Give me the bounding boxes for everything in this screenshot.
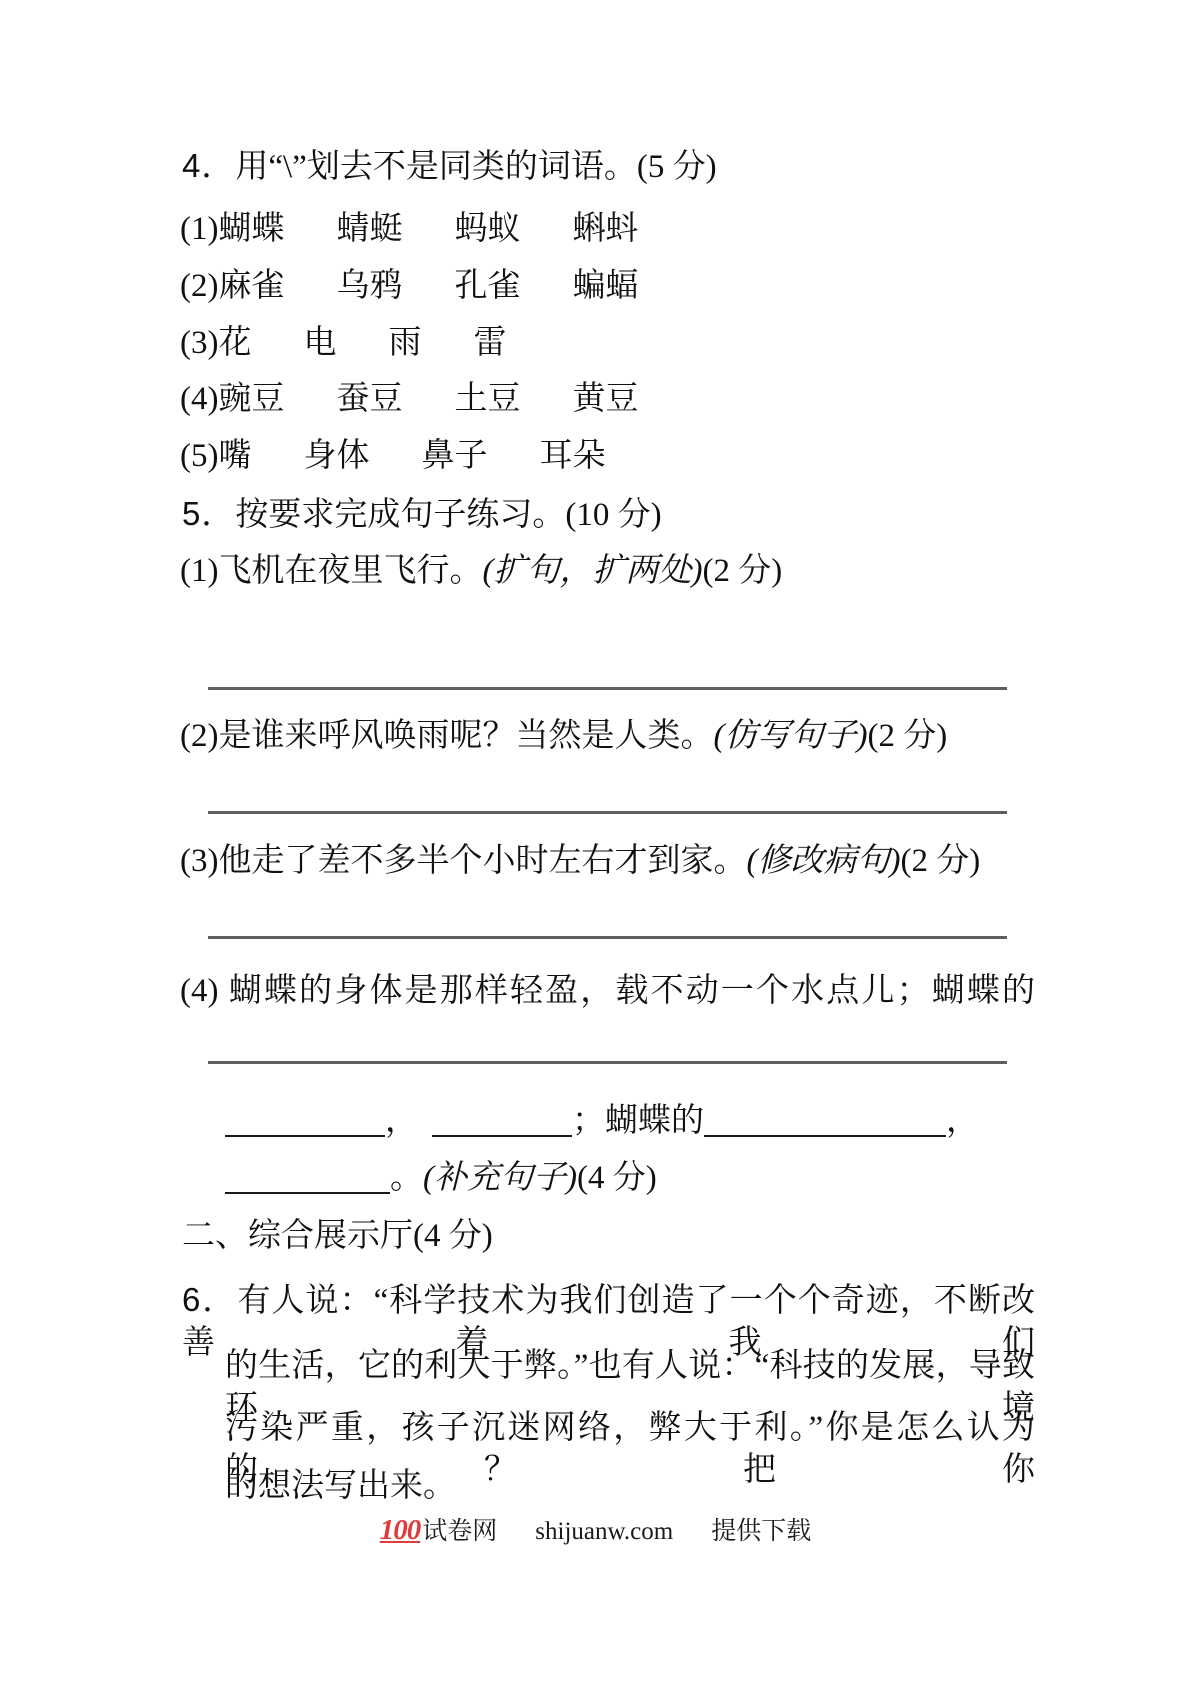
word: 黄豆: [572, 378, 638, 420]
item-label: (4): [180, 973, 218, 1009]
word: 嘴: [218, 435, 251, 477]
word-row-5: (5)嘴身体鼻子耳朵: [180, 435, 605, 477]
question-number: 5．: [182, 495, 235, 532]
item-label: (1): [180, 553, 218, 589]
question-number: 6．: [182, 1281, 237, 1318]
item-text: 是谁来呼风唤雨呢？当然是人类。: [218, 718, 713, 754]
word: 乌鸦: [336, 265, 402, 307]
punctuation: ，: [946, 1103, 979, 1139]
word-row-1: (1)蝴蝶蜻蜓蚂蚁蝌蚪: [180, 208, 638, 250]
word: 蝌蚪: [572, 208, 638, 250]
row-label: (1): [180, 211, 218, 247]
item-label: (3): [180, 843, 218, 879]
question-number: 4．: [182, 147, 235, 184]
punctuation: ，: [385, 1103, 418, 1139]
answer-blank: [432, 1105, 572, 1137]
question-text: 按要求完成句子练习。: [235, 497, 565, 533]
word-row-3: (3)花电雨雷: [180, 322, 506, 364]
word: 身体: [303, 435, 369, 477]
q5-item-1: (1)飞机在夜里飞行。(扩句，扩两处)(2 分): [180, 550, 782, 592]
item-text: 蝴蝶的身体是那样轻盈，载不动一个水点儿；蝴蝶的: [229, 973, 1035, 1009]
answer-blank: [225, 1162, 390, 1194]
question-4-title: 4．用“\”划去不是同类的词语。(5 分): [182, 145, 717, 188]
question-5-title: 5．按要求完成句子练习。(10 分): [182, 493, 662, 536]
answer-blank: [704, 1105, 946, 1137]
word-row-4: (4)豌豆蚕豆土豆黄豆: [180, 378, 638, 420]
item-text: 他走了差不多半个小时左右才到家。: [218, 843, 746, 879]
site-logo: 100试卷网: [380, 1511, 498, 1547]
score-badge: (5 分): [637, 149, 717, 185]
word: 蚕豆: [336, 378, 402, 420]
score-badge: (2 分): [867, 718, 947, 754]
word: 麻雀: [218, 265, 284, 307]
q5-item-4: (4) 蝴蝶的身体是那样轻盈，载不动一个水点儿；蝴蝶的: [180, 970, 1035, 1012]
exam-paper-page: 4．用“\”划去不是同类的词语。(5 分) (1)蝴蝶蜻蜓蚂蚁蝌蚪 (2)麻雀乌…: [0, 0, 1191, 1684]
word: 蝴蝶: [218, 208, 284, 250]
word: 土豆: [454, 378, 520, 420]
score-badge: (4 分): [413, 1218, 493, 1254]
word: 蝙蝠: [572, 265, 638, 307]
row-label: (5): [180, 438, 218, 474]
answer-line: [208, 936, 1007, 939]
word: 电: [303, 322, 336, 364]
item-note: (仿写句子): [713, 718, 867, 754]
section-title: 综合展示厅: [248, 1218, 413, 1254]
word-row-2: (2)麻雀乌鸦孔雀蝙蝠: [180, 265, 638, 307]
row-label: (2): [180, 268, 218, 304]
question-text: 用“\”划去不是同类的词语。: [235, 149, 636, 185]
q5-item-4-blanks-row-1: ，；蝴蝶的，: [225, 1100, 979, 1142]
logo-100-icon: 100: [380, 1514, 421, 1546]
section-2-heading: 二、综合展示厅(4 分): [182, 1215, 493, 1257]
q6-line-4: 的想法写出来。: [225, 1465, 456, 1507]
site-domain: shijuanw.com: [535, 1518, 673, 1546]
score-badge: (4 分): [577, 1160, 657, 1196]
item-note: (扩句，扩两处): [482, 553, 702, 589]
word: 耳朵: [539, 435, 605, 477]
answer-blank: [225, 1105, 385, 1137]
answer-line: [208, 1061, 1007, 1064]
word: 雷: [473, 322, 506, 364]
q5-item-2: (2)是谁来呼风唤雨呢？当然是人类。(仿写句子)(2 分): [180, 715, 947, 757]
punctuation: 。: [390, 1160, 423, 1196]
question-text: 的想法写出来。: [225, 1468, 456, 1504]
word: 豌豆: [218, 378, 284, 420]
item-note: (修改病句): [746, 843, 900, 879]
word: 雨: [388, 322, 421, 364]
word: 蚂蚁: [454, 208, 520, 250]
row-label: (3): [180, 325, 218, 361]
score-badge: (2 分): [900, 843, 980, 879]
score-badge: (2 分): [702, 553, 782, 589]
blank-connector-text: ；蝴蝶的: [572, 1103, 704, 1139]
row-label: (4): [180, 381, 218, 417]
word: 鼻子: [421, 435, 487, 477]
footer-note: 提供下载: [711, 1511, 811, 1547]
answer-line: [208, 811, 1007, 814]
site-name: 试卷网: [422, 1518, 497, 1545]
q5-item-3: (3)他走了差不多半个小时左右才到家。(修改病句)(2 分): [180, 840, 980, 882]
word: 孔雀: [454, 265, 520, 307]
q5-item-4-blanks-row-2: 。(补充句子)(4 分): [225, 1157, 657, 1199]
answer-line: [208, 687, 1007, 690]
item-note: (补充句子): [423, 1160, 577, 1196]
word: 蜻蜓: [336, 208, 402, 250]
section-number: 二、: [182, 1218, 248, 1254]
word: 花: [218, 322, 251, 364]
score-badge: (10 分): [565, 497, 661, 533]
page-footer: 100试卷网 shijuanw.com 提供下载: [0, 1511, 1191, 1547]
item-text: 飞机在夜里飞行。: [218, 553, 482, 589]
item-label: (2): [180, 718, 218, 754]
